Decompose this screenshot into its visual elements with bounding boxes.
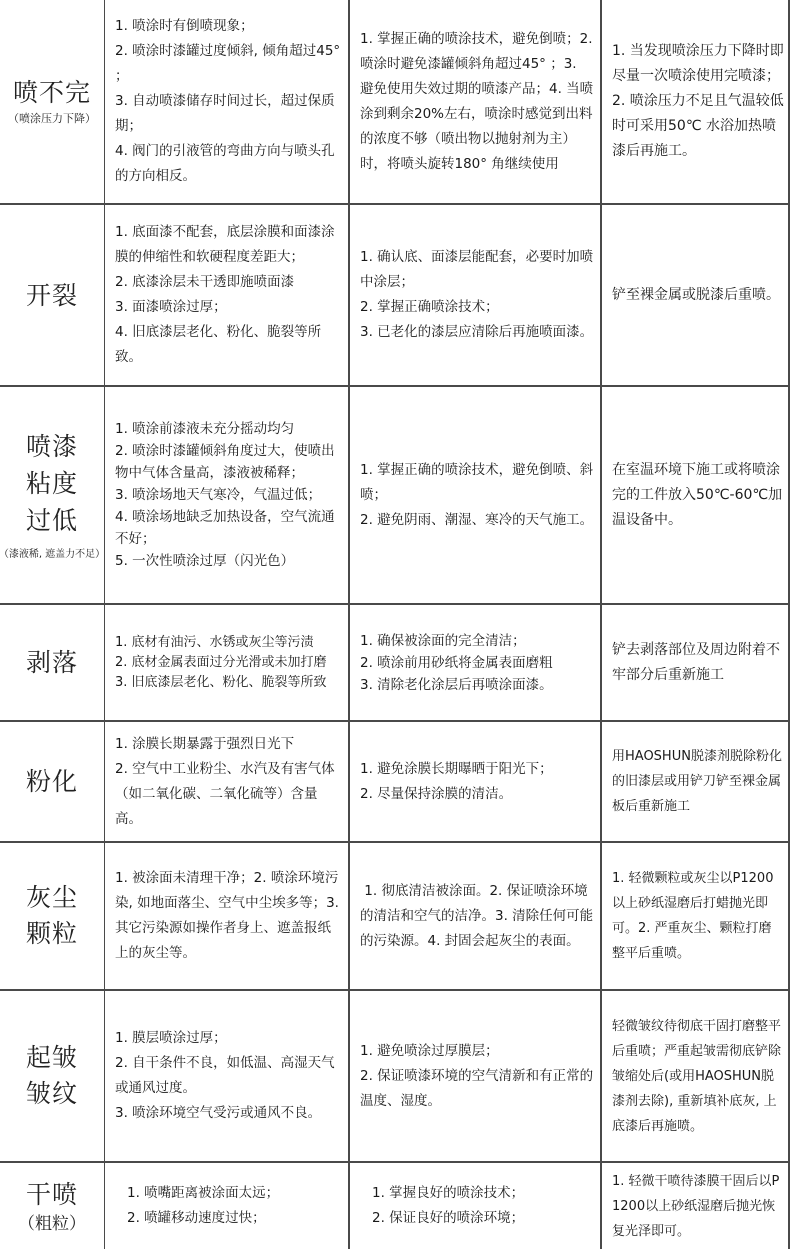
prevention-cell: 1. 避免涂膜长期曝晒于阳光下； 2. 尽量保持涂膜的清洁。	[350, 722, 602, 843]
prevention-cell: 1. 掌握正确的喷涂技术，避免倒喷、斜喷； 2. 避免阴雨、潮湿、寒冷的天气施工…	[350, 387, 602, 605]
remedy-text: 1. 轻微干喷待漆膜干固后以P1200以上砂纸湿磨后抛光恢复光泽即可。	[612, 1169, 784, 1244]
defect-name: 灰尘 颗粒	[26, 880, 78, 952]
prevention-cell: 1. 彻底清洁被涂面。2. 保证喷涂环境的清洁和空气的洁净。3. 清除任何可能的…	[350, 843, 602, 991]
remedy-cell: 铲去剥落部位及周边附着不牢部分后重新施工	[602, 605, 790, 722]
causes-cell: 1. 涂膜长期暴露于强烈日光下 2. 空气中工业粉尘、水汽及有害气体（如二氧化碳…	[105, 722, 350, 843]
defect-name: 干喷	[26, 1178, 78, 1211]
causes-text: 1. 底面漆不配套，底层涂膜和面漆涂膜的伸缩性和软硬程度差距大； 2. 底漆涂层…	[115, 220, 342, 370]
defect-name-cell: 开裂	[0, 205, 105, 387]
remedy-text: 1. 当发现喷涂压力下降时即尽量一次喷涂使用完喷漆； 2. 喷涂压力不足且气温较…	[612, 39, 784, 164]
prevention-text: 1. 彻底清洁被涂面。2. 保证喷涂环境的清洁和空气的洁净。3. 清除任何可能的…	[360, 879, 594, 954]
remedy-cell: 轻微皱纹待彻底干固打磨整平后重喷；严重起皱需彻底铲除皱缩处后(或用HAOSHUN…	[602, 991, 790, 1163]
defect-name-cell: 粉化	[0, 722, 105, 843]
prevention-cell: 1. 掌握良好的喷涂技术； 2. 保证良好的喷涂环境；	[350, 1163, 602, 1249]
remedy-text: 铲至裸金属或脱漆后重喷。	[612, 283, 784, 308]
paint-defect-table: 喷不完 （喷涂压力下降） 1. 喷涂时有倒喷现象； 2. 喷涂时漆罐过度倾斜, …	[0, 0, 790, 1249]
prevention-cell: 1. 避免喷涂过厚膜层； 2. 保证喷漆环境的空气清新和有正常的温度、湿度。	[350, 991, 602, 1163]
defect-name: 剥落	[26, 646, 78, 679]
causes-cell: 1. 喷涂时有倒喷现象； 2. 喷涂时漆罐过度倾斜, 倾角超过45° ； 3. …	[105, 0, 350, 205]
defect-name: 喷不完	[13, 76, 91, 109]
defect-name-cell: 起皱 皱纹	[0, 991, 105, 1163]
prevention-text: 1. 避免涂膜长期曝晒于阳光下； 2. 尽量保持涂膜的清洁。	[360, 757, 594, 807]
prevention-cell: 1. 确认底、面漆层能配套，必要时加喷中涂层； 2. 掌握正确喷涂技术； 3. …	[350, 205, 602, 387]
causes-cell: 1. 喷涂前漆液未充分摇动均匀 2. 喷涂时漆罐倾斜角度过大，使喷出物中气体含量…	[105, 387, 350, 605]
defect-name: 粉化	[26, 765, 78, 798]
prevention-text: 1. 掌握正确的喷涂技术，避免倒喷、斜喷； 2. 避免阴雨、潮湿、寒冷的天气施工…	[360, 458, 594, 533]
prevention-text: 1. 掌握正确的喷涂技术，避免倒喷；2. 喷涂时避免漆罐倾斜角超过45° ；3.…	[360, 27, 594, 177]
defect-note: （粗粒）	[18, 1213, 86, 1235]
defect-name-cell: 喷漆 粘度 过低 （漆液稀, 遮盖力不足）	[0, 387, 105, 605]
causes-text: 1. 涂膜长期暴露于强烈日光下 2. 空气中工业粉尘、水汽及有害气体（如二氧化碳…	[115, 732, 342, 832]
prevention-text: 1. 确认底、面漆层能配套，必要时加喷中涂层； 2. 掌握正确喷涂技术； 3. …	[360, 245, 594, 345]
remedy-cell: 在室温环境下施工或将喷涂完的工件放入50℃-60℃加温设备中。	[602, 387, 790, 605]
prevention-text: 1. 避免喷涂过厚膜层； 2. 保证喷漆环境的空气清新和有正常的温度、湿度。	[360, 1039, 594, 1114]
causes-text: 1. 喷涂前漆液未充分摇动均匀 2. 喷涂时漆罐倾斜角度过大，使喷出物中气体含量…	[115, 418, 342, 572]
prevention-cell: 1. 掌握正确的喷涂技术，避免倒喷；2. 喷涂时避免漆罐倾斜角超过45° ；3.…	[350, 0, 602, 205]
defect-name: 喷漆 粘度 过低	[26, 428, 78, 539]
remedy-cell: 铲至裸金属或脱漆后重喷。	[602, 205, 790, 387]
causes-cell: 1. 喷嘴距离被涂面太远； 2. 喷罐移动速度过快；	[105, 1163, 350, 1249]
remedy-text: 用HAOSHUN脱漆剂脱除粉化的旧漆层或用铲刀铲至裸金属板后重新施工	[612, 744, 784, 819]
remedy-cell: 1. 轻微干喷待漆膜干固后以P1200以上砂纸湿磨后抛光恢复光泽即可。	[602, 1163, 790, 1249]
remedy-cell: 用HAOSHUN脱漆剂脱除粉化的旧漆层或用铲刀铲至裸金属板后重新施工	[602, 722, 790, 843]
defect-name-cell: 干喷 （粗粒）	[0, 1163, 105, 1249]
defect-name-cell: 剥落	[0, 605, 105, 722]
causes-text: 1. 被涂面未清理干净；2. 喷涂环境污染, 如地面落尘、空气中尘埃多等；3. …	[115, 866, 342, 966]
defect-name: 开裂	[26, 279, 78, 312]
defect-name-cell: 喷不完 （喷涂压力下降）	[0, 0, 105, 205]
causes-cell: 1. 被涂面未清理干净；2. 喷涂环境污染, 如地面落尘、空气中尘埃多等；3. …	[105, 843, 350, 991]
causes-text: 1. 底材有油污、水锈或灰尘等污渍 2. 底材金属表面过分光滑或未加打磨 3. …	[115, 633, 342, 693]
causes-text: 1. 喷涂时有倒喷现象； 2. 喷涂时漆罐过度倾斜, 倾角超过45° ； 3. …	[115, 14, 342, 189]
causes-cell: 1. 膜层喷涂过厚； 2. 自干条件不良，如低温、高湿天气或通风过度。 3. 喷…	[105, 991, 350, 1163]
causes-cell: 1. 底材有油污、水锈或灰尘等污渍 2. 底材金属表面过分光滑或未加打磨 3. …	[105, 605, 350, 722]
causes-cell: 1. 底面漆不配套，底层涂膜和面漆涂膜的伸缩性和软硬程度差距大； 2. 底漆涂层…	[105, 205, 350, 387]
remedy-cell: 1. 轻微颗粒或灰尘以P1200以上砂纸湿磨后打蜡抛光即可。2. 严重灰尘、颗粒…	[602, 843, 790, 991]
defect-name: 起皱 皱纹	[26, 1040, 78, 1112]
defect-note: （喷涂压力下降）	[8, 111, 96, 127]
causes-text: 1. 膜层喷涂过厚； 2. 自干条件不良，如低温、高湿天气或通风过度。 3. 喷…	[115, 1026, 342, 1126]
remedy-text: 铲去剥落部位及周边附着不牢部分后重新施工	[612, 638, 784, 688]
defect-note: （漆液稀, 遮盖力不足）	[0, 547, 105, 563]
remedy-cell: 1. 当发现喷涂压力下降时即尽量一次喷涂使用完喷漆； 2. 喷涂压力不足且气温较…	[602, 0, 790, 205]
prevention-text: 1. 确保被涂面的完全清洁； 2. 喷涂前用砂纸将金属表面磨粗 3. 清除老化涂…	[360, 630, 594, 696]
remedy-text: 轻微皱纹待彻底干固打磨整平后重喷；严重起皱需彻底铲除皱缩处后(或用HAOSHUN…	[612, 1014, 784, 1139]
remedy-text: 在室温环境下施工或将喷涂完的工件放入50℃-60℃加温设备中。	[612, 458, 784, 533]
prevention-text: 1. 掌握良好的喷涂技术； 2. 保证良好的喷涂环境；	[372, 1181, 594, 1231]
causes-text: 1. 喷嘴距离被涂面太远； 2. 喷罐移动速度过快；	[127, 1181, 342, 1231]
prevention-cell: 1. 确保被涂面的完全清洁； 2. 喷涂前用砂纸将金属表面磨粗 3. 清除老化涂…	[350, 605, 602, 722]
defect-name-cell: 灰尘 颗粒	[0, 843, 105, 991]
remedy-text: 1. 轻微颗粒或灰尘以P1200以上砂纸湿磨后打蜡抛光即可。2. 严重灰尘、颗粒…	[612, 866, 784, 966]
